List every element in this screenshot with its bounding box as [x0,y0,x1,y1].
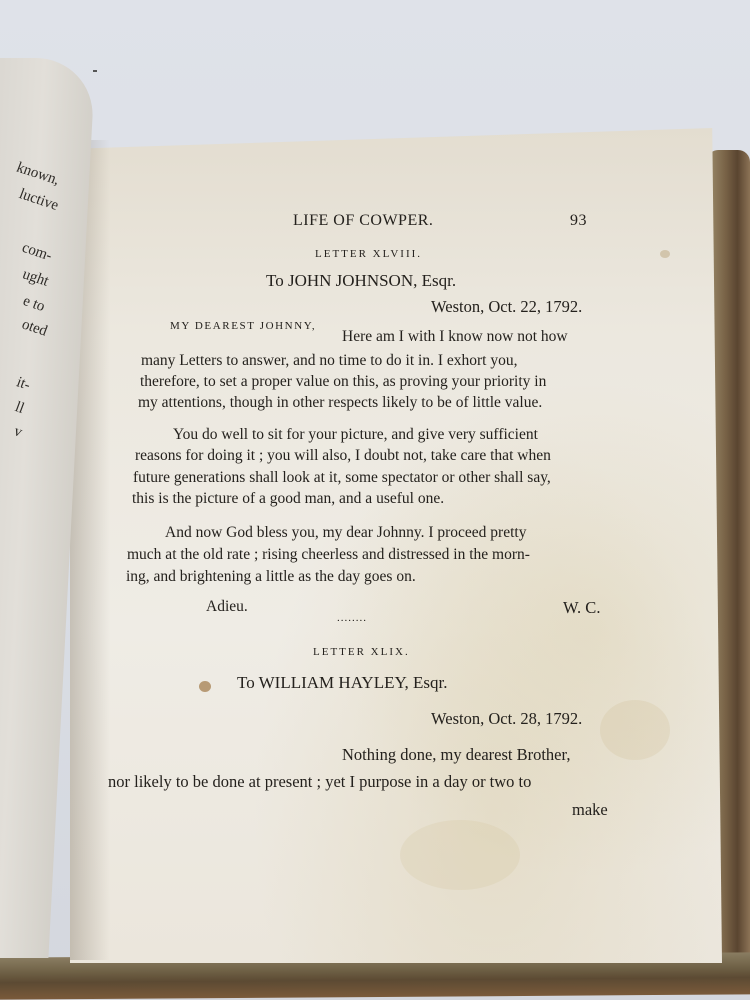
body-line: my attentions, though in other respects … [138,394,542,412]
catchword: make [572,800,608,820]
body-line: many Letters to answer, and no time to d… [141,352,517,370]
foxing-spot [660,250,670,258]
left-page-fragment: luctive [16,186,60,215]
left-page-fragment: it- [14,374,33,394]
foxing-spot [199,681,211,692]
letter-number: LETTER XLIX. [313,646,410,658]
left-page-fragment: known, [14,160,62,190]
foxing-spot [400,820,520,890]
letter-dateline: Weston, Oct. 22, 1792. [431,297,582,317]
body-line: Here am I with I know now not how [342,328,568,346]
letter-signature: W. C. [563,598,600,618]
letter-addressee: To JOHN JOHNSON, Esqr. [266,271,456,291]
left-page-fragment: ll [12,399,26,418]
body-line: ing, and brightening a little as the day… [126,568,416,586]
foxing-spot [600,700,670,760]
page-number: 93 [570,212,587,230]
letter-number: LETTER XLVIII. [315,248,422,260]
left-page-fragment: oted [19,316,49,340]
left-page-fragment: v [11,423,24,441]
body-line: much at the old rate ; rising cheerless … [127,546,530,564]
body-line: nor likely to be done at present ; yet I… [108,772,531,792]
left-page-fragment: e to [20,293,47,316]
letter-addressee: To WILLIAM HAYLEY, Esqr. [237,673,448,693]
body-line: reasons for doing it ; you will also, I … [135,447,551,465]
body-line: this is the picture of a good man, and a… [132,490,444,508]
body-line: therefore, to set a proper value on this… [140,373,546,391]
body-line: future generations shall look at it, som… [133,469,551,487]
letter-dateline: Weston, Oct. 28, 1792. [431,709,582,729]
letter-separator: ........ [337,612,367,624]
letter-closing: Adieu. [206,598,248,616]
dust-speck [93,70,97,72]
left-page-fragment: ught [20,266,51,290]
running-head: LIFE OF COWPER. [293,212,433,230]
body-line: And now God bless you, my dear Johnny. I… [165,524,526,542]
letter-salutation: MY DEAREST JOHNNY, [170,320,316,332]
body-line: Nothing done, my dearest Brother, [342,745,570,765]
left-page-fragment: com- [19,240,54,266]
body-line: You do well to sit for your picture, and… [173,426,538,444]
